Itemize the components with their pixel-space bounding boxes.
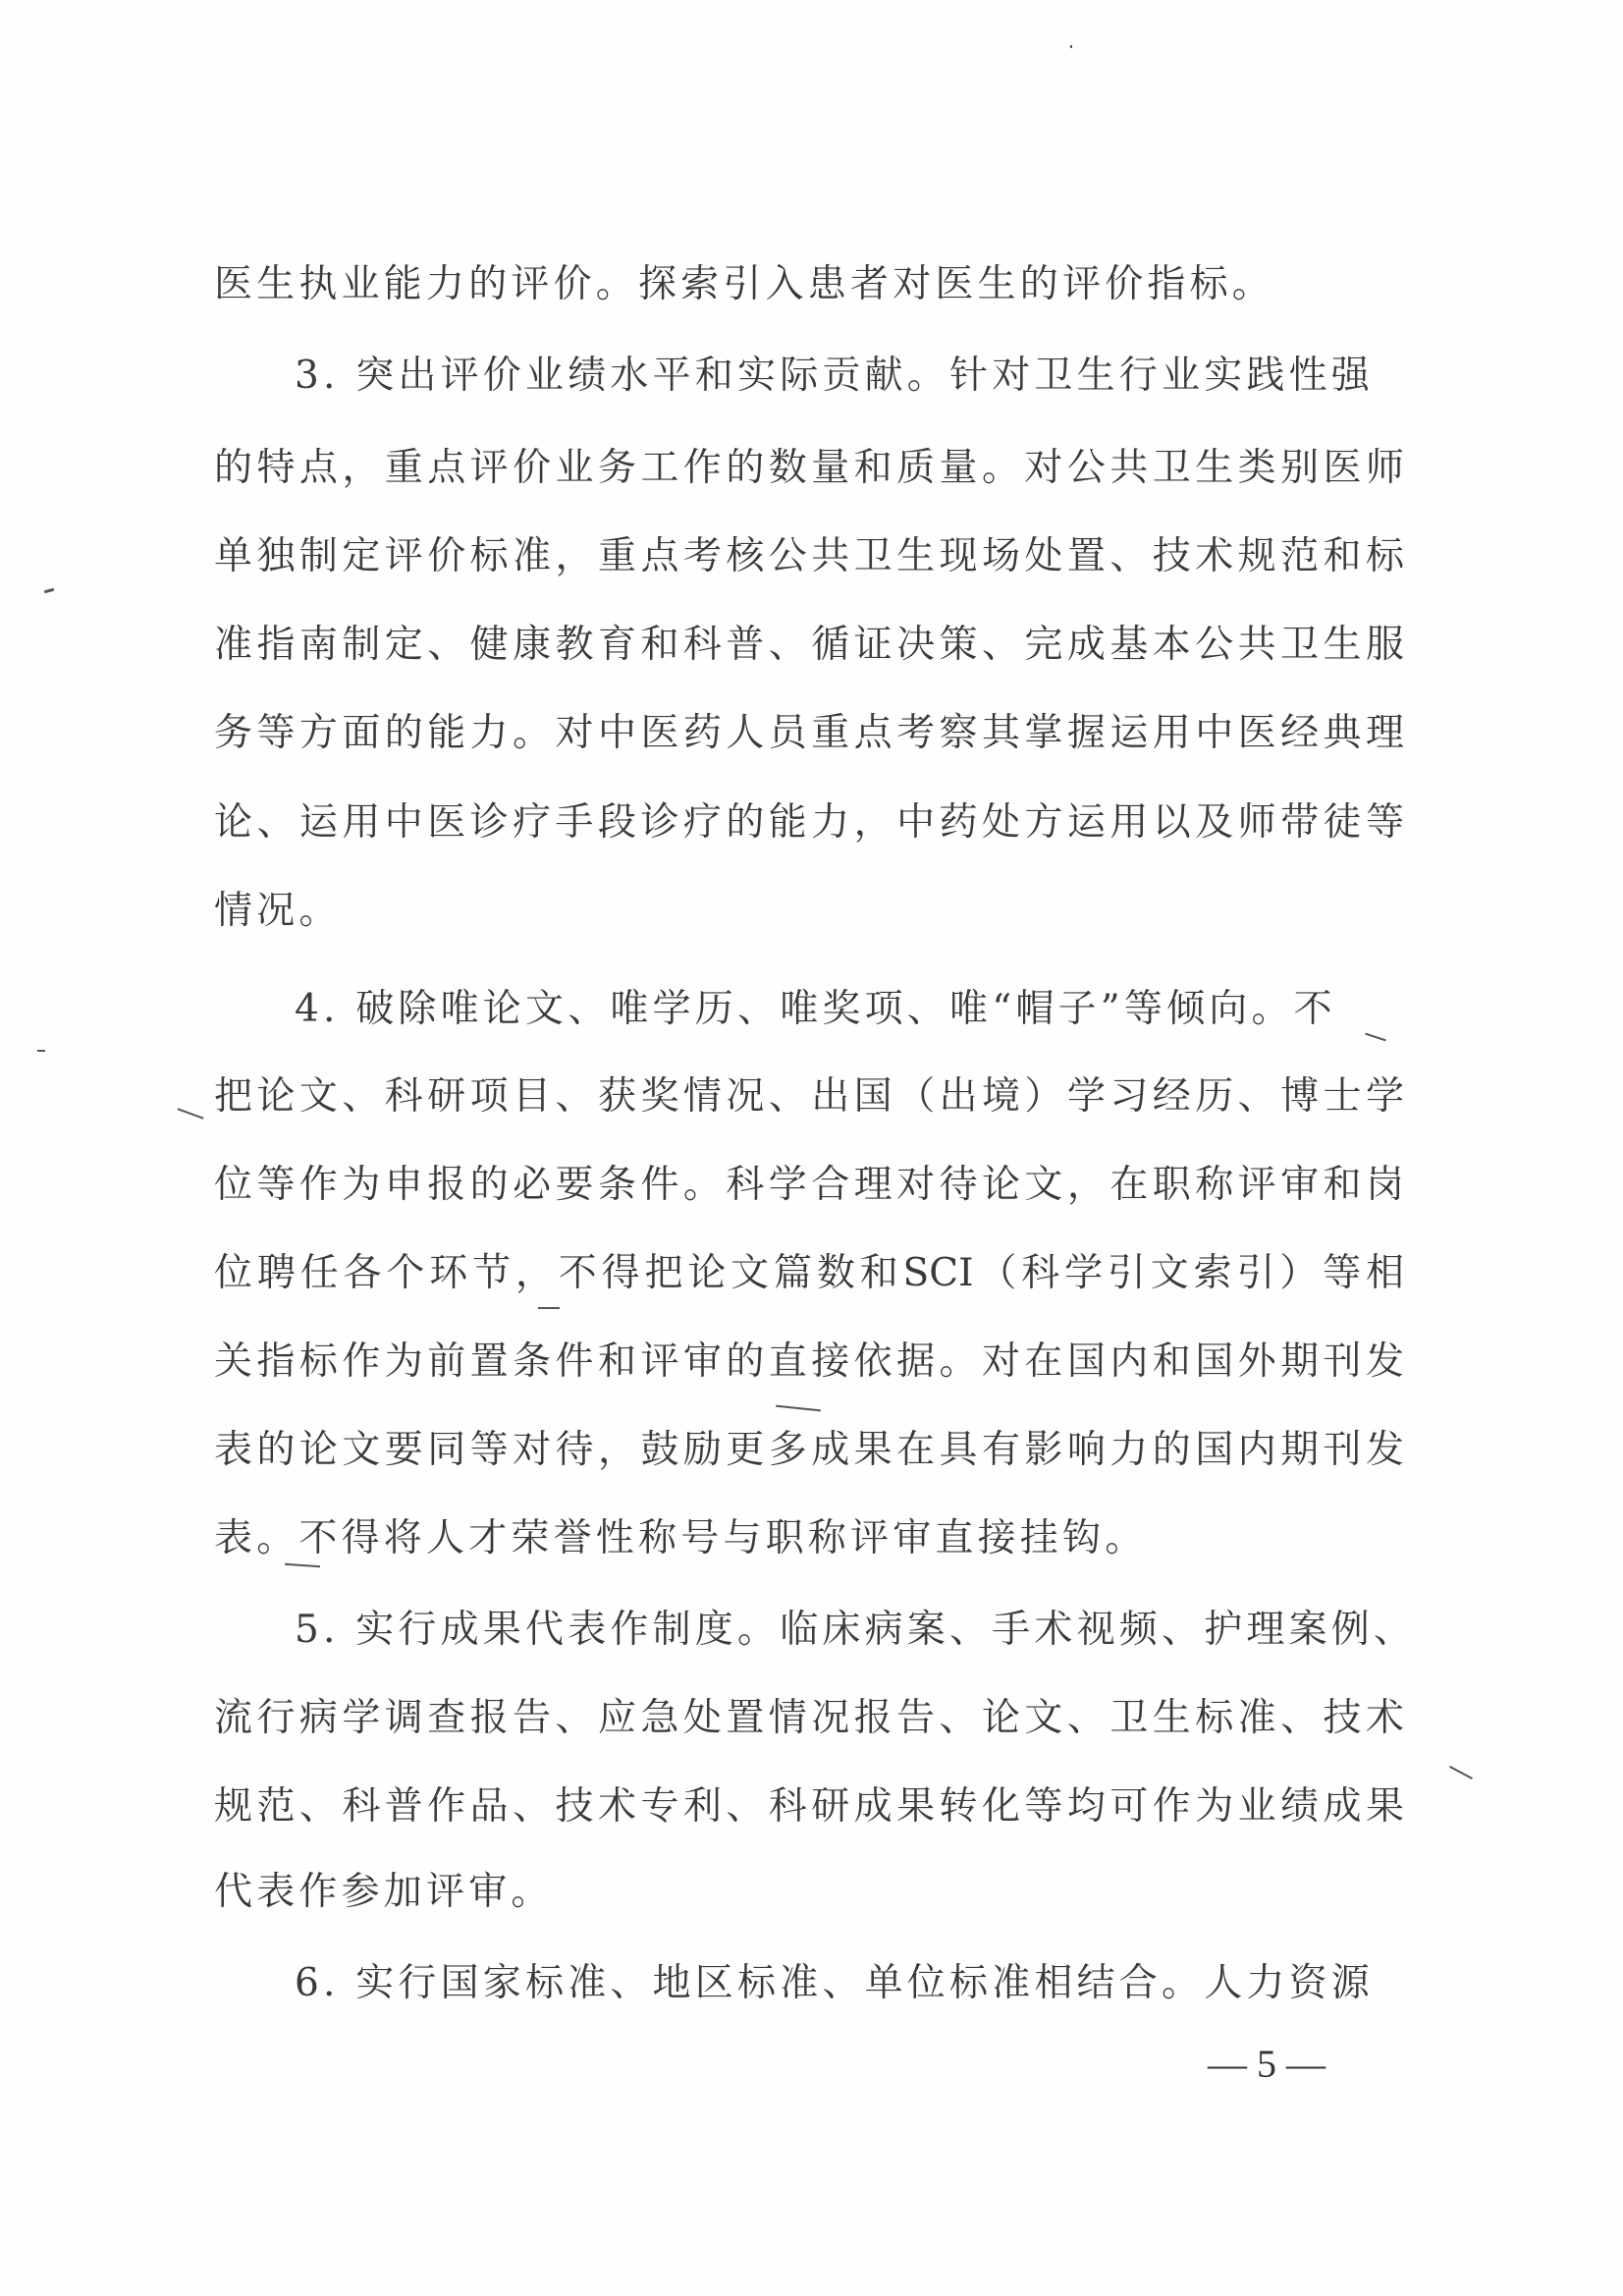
text-line: 代表作参加评审。 (214, 1867, 554, 1918)
pen-mark-underline (1365, 1033, 1386, 1042)
page-number: — 5 — (1193, 2041, 1340, 2088)
scan-speck (1449, 1766, 1473, 1779)
text-line: 关指标作为前置条件和评审的直接依据。对在国内和国外期刊发 (214, 1337, 1404, 1388)
text-line: 论、运用中医诊疗手段诊疗的能力，中药处方运用以及师带徒等 (214, 797, 1404, 848)
scan-speck (44, 588, 54, 593)
text-line: 表。不得将人才荣誉性称号与职称评审直接挂钩。 (214, 1513, 1147, 1564)
text-line: 单独制定评价标准，重点考核公共卫生现场处置、技术规范和标 (214, 531, 1404, 582)
pen-mark-underline (776, 1405, 821, 1412)
text-line: 规范、科普作品、技术专利、科研成果转化等均可作为业绩成果 (214, 1781, 1404, 1832)
pen-mark-underline (538, 1307, 560, 1309)
text-line: 6. 实行国家标准、地区标准、单位标准相结合。人力资源 (295, 1958, 1374, 2009)
document-page: 医生执业能力的评价。探索引入患者对医生的评价指标。3. 突出评价业绩水平和实际贡… (0, 0, 1623, 2296)
scan-speck (37, 1050, 45, 1052)
text-line: 位聘任各个环节，不得把论文篇数和SCI（科学引文索引）等相 (214, 1248, 1404, 1299)
text-line: 3. 突出评价业绩水平和实际贡献。针对卫生行业实践性强 (295, 351, 1374, 402)
text-line: 位等作为申报的必要条件。科学合理对待论文，在职称评审和岗 (214, 1160, 1404, 1211)
scan-speck (1070, 45, 1072, 48)
text-line: 把论文、科研项目、获奖情况、出国（出境）学习经历、博士学 (214, 1071, 1404, 1122)
text-line: 医生执业能力的评价。探索引入患者对医生的评价指标。 (214, 259, 1274, 310)
text-line: 4. 破除唯论文、唯学历、唯奖项、唯“帽子”等倾向。不 (295, 984, 1336, 1035)
text-line: 准指南制定、健康教育和科普、循证决策、完成基本公共卫生服 (214, 620, 1404, 671)
text-line: 情况。 (214, 886, 342, 937)
text-line: 的特点，重点评价业务工作的数量和质量。对公共卫生类别医师 (214, 443, 1404, 494)
pen-mark-curve (178, 1108, 204, 1119)
text-line: 务等方面的能力。对中医药人员重点考察其掌握运用中医经典理 (214, 708, 1404, 759)
text-line: 流行病学调查报告、应急处置情况报告、论文、卫生标准、技术 (214, 1693, 1404, 1744)
text-line: 5. 实行成果代表作制度。临床病案、手术视频、护理案例、 (295, 1605, 1416, 1656)
text-line: 表的论文要同等对待，鼓励更多成果在具有影响力的国内期刊发 (214, 1425, 1404, 1476)
